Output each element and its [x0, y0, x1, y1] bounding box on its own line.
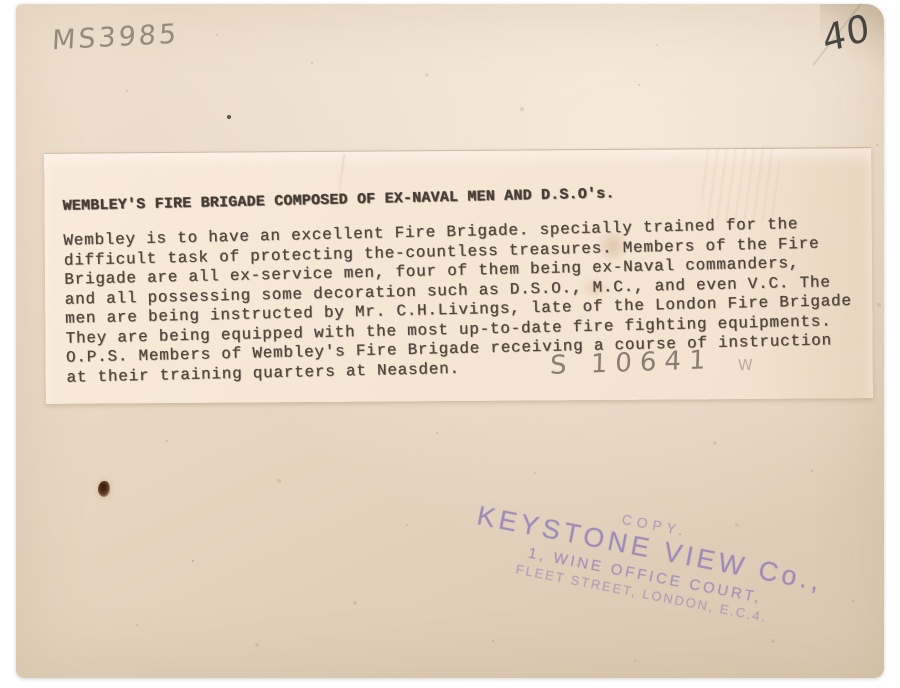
scanned-photo-back: MS3985 40 WEMBLEY'S FIRE BRIGADE COMPOSE…: [0, 0, 900, 688]
foxing-spot: [98, 481, 110, 497]
negative-suffix-handwriting: W: [738, 356, 753, 375]
caption-title: WEMBLEY'S FIRE BRIGADE COMPOSED OF EX-NA…: [62, 180, 862, 215]
archive-number-handwriting: MS3985: [51, 19, 180, 57]
dust-speckles: [16, 4, 18, 6]
photo-card: MS3985 40 WEMBLEY'S FIRE BRIGADE COMPOSE…: [16, 4, 884, 678]
keystone-copyright-stamp: COPY. KEYSTONE VIEW Co., 1, WINE OFFICE …: [449, 480, 848, 638]
negative-number-handwriting: S 10641: [550, 345, 714, 381]
